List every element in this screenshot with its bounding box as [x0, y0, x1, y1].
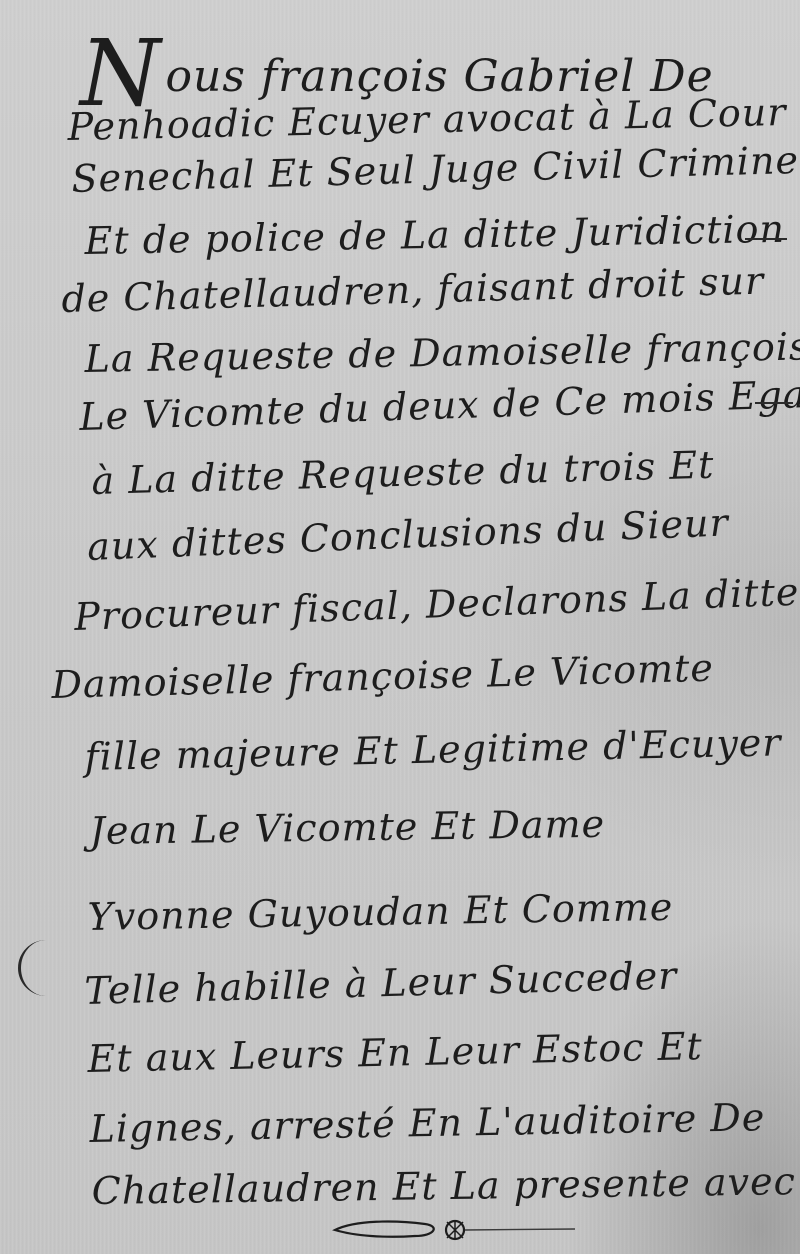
text-line-17: Lignes, arresté En L'auditoire De: [89, 1098, 765, 1148]
paraph-flourish-icon: [325, 1218, 585, 1242]
line-text: Le Vicomte du deux de Ce mois Egard: [79, 371, 800, 439]
text-line-11: Damoiselle françoise Le Vicomte: [51, 649, 714, 704]
line-text: à La ditte Requeste du trois Et: [91, 443, 715, 503]
line-text: de Chatellaudren, faisant droit sur: [61, 259, 765, 321]
text-line-4: Et de police de La ditte Juridiction: [84, 210, 785, 260]
line-text: La Requeste de Damoiselle françoise: [84, 324, 800, 381]
margin-bracket-mark: [18, 940, 47, 996]
line-text: aux dittes Conclusions du Sieur: [86, 500, 729, 569]
line-filler-dash: [745, 238, 787, 240]
text-line-7: Le Vicomte du deux de Ce mois Egard: [79, 374, 800, 436]
text-line-8: à La ditte Requeste du trois Et: [91, 446, 715, 500]
text-line-12: fille majeure Et Legitime d'Ecuyer: [84, 723, 782, 776]
line-text: Et aux Leurs En Leur Estoc Et: [87, 1024, 703, 1081]
line-text: Lignes, arresté En L'auditoire De: [89, 1095, 765, 1151]
line-text: Damoiselle françoise Le Vicomte: [51, 646, 714, 707]
text-line-13: Jean Le Vicomte Et Dame: [89, 805, 605, 850]
text-line-18: Chatellaudren Et La presente avec: [91, 1162, 796, 1210]
line-text: Procureur fiscal, Declarons La ditte: [74, 570, 800, 639]
line-text: Yvonne Guyoudan Et Comme: [87, 885, 673, 939]
line-text: Telle habille à Leur Succeder: [84, 953, 678, 1013]
line-text: Chatellaudren Et La presente avec: [91, 1159, 796, 1213]
manuscript-page: Nous françois Gabriel De Penhoadic Ecuye…: [0, 0, 800, 1254]
text-line-15: Telle habille à Leur Succeder: [84, 956, 678, 1010]
line-text: Senechal Et Seul Juge Civil Criminel: [71, 138, 800, 201]
text-line-3: Senechal Et Seul Juge Civil Criminel: [71, 141, 800, 198]
text-line-5: de Chatellaudren, faisant droit sur: [61, 262, 765, 318]
text-line-16: Et aux Leurs En Leur Estoc Et: [87, 1027, 703, 1078]
text-line-10: Procureur fiscal, Declarons La ditte: [74, 573, 800, 636]
text-line-6: La Requeste de Damoiselle françoise: [84, 327, 800, 378]
text-line-14: Yvonne Guyoudan Et Comme: [87, 888, 673, 936]
line-filler-dash: [755, 402, 793, 404]
line-text: fille majeure Et Legitime d'Ecuyer: [84, 720, 782, 779]
line-text: Et de police de La ditte Juridiction: [84, 207, 785, 263]
line-text: Jean Le Vicomte Et Dame: [89, 802, 605, 853]
text-line-9: aux dittes Conclusions du Sieur: [87, 503, 730, 566]
